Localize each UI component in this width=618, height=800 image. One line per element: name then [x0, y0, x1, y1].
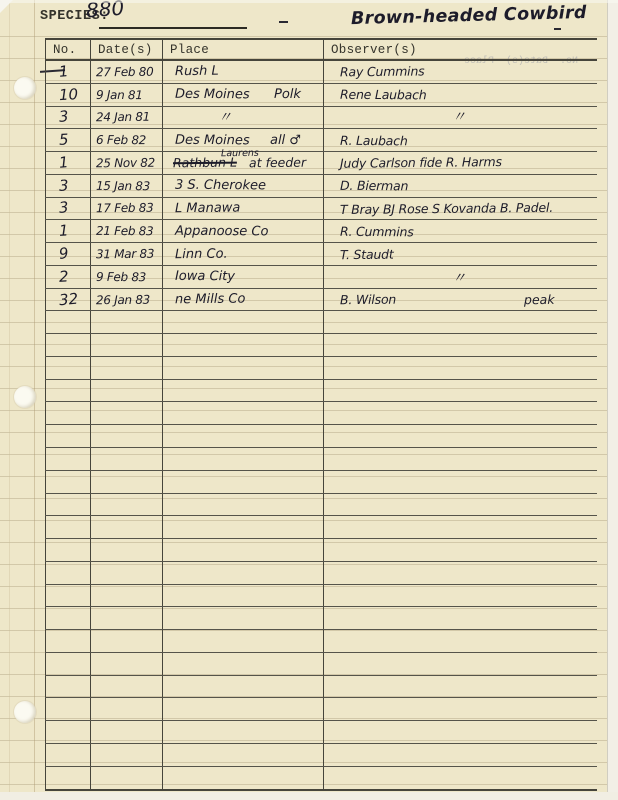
cell-place [162, 630, 323, 652]
observers-value: D. Bierman [324, 178, 408, 194]
cell-place [162, 607, 323, 629]
cell-no: 3 [45, 198, 90, 220]
cell-date: 9 Feb 83 [90, 266, 162, 288]
cell-date [90, 380, 162, 402]
cell-observers [323, 630, 597, 652]
table-row-empty [45, 311, 597, 334]
cell-place [162, 698, 323, 720]
punch-hole [14, 77, 36, 99]
cell-place: Iowa City [162, 266, 323, 288]
table-row: 109 Jan 81Des MoinesPolkRene Laubach [45, 84, 597, 107]
count-value: 2 [46, 267, 69, 286]
place-value: Appanoose Co [163, 223, 269, 239]
observers-value: R. Cummins [324, 223, 414, 239]
cell-no [45, 744, 90, 766]
cell-place: 3 S. Cherokee [162, 175, 323, 197]
cell-date: 25 Nov 82 [90, 152, 162, 174]
cell-observers [323, 585, 597, 607]
column-header-dates: Date(s) [90, 40, 162, 59]
count-value: 9 [45, 244, 69, 264]
cell-no [45, 311, 90, 333]
table-row-empty [45, 562, 597, 585]
cell-place [162, 402, 323, 424]
observers-value: 〃 [324, 107, 466, 128]
place-value: at feeder [237, 155, 306, 171]
cell-observers [323, 516, 597, 538]
cell-date: 9 Jan 81 [90, 84, 162, 106]
cell-date [90, 767, 162, 789]
cell-no [45, 402, 90, 424]
place-extra-value: Polk [274, 87, 301, 102]
cell-no [45, 516, 90, 538]
place-value: Rush L [163, 64, 219, 80]
table-row-empty [45, 402, 597, 425]
cell-place [162, 516, 323, 538]
cell-observers [323, 402, 597, 424]
cell-place [162, 744, 323, 766]
cell-observers [323, 494, 597, 516]
table-row: 324 Jan 81〃〃 [45, 107, 597, 130]
table-row: 125 Nov 82Rathbun LLaurensat feederJudy … [45, 152, 597, 175]
cell-no [45, 767, 90, 789]
observers-extra-value: peak [524, 292, 555, 307]
observers-value: Rene Laubach [324, 87, 427, 103]
cell-no: 1 [45, 220, 90, 242]
date-value: 15 Jan 83 [91, 178, 150, 192]
cell-observers [323, 334, 597, 356]
cell-observers: Rene Laubach [323, 84, 597, 106]
count-value: 1 [46, 222, 69, 241]
date-value: 21 Feb 83 [91, 224, 153, 238]
cell-no: 2 [45, 266, 90, 288]
cell-place: ne Mills Co [162, 289, 323, 311]
date-value: 9 Feb 83 [91, 270, 146, 284]
cell-date [90, 630, 162, 652]
cell-date: 27 Feb 80 [90, 61, 162, 83]
table-row-empty [45, 471, 597, 494]
cell-no [45, 630, 90, 652]
cell-date [90, 471, 162, 493]
table-row-empty [45, 698, 597, 721]
cell-place [162, 334, 323, 356]
cell-observers: Judy Carlson fide R. Harms [323, 152, 597, 174]
count-value: 3 [45, 199, 69, 219]
cell-no: 32 [45, 289, 90, 311]
table-row-empty [45, 653, 597, 676]
cell-no [45, 676, 90, 698]
cell-no: 1 [45, 61, 90, 83]
cell-place [162, 653, 323, 675]
paper-edge-crease [9, 0, 10, 800]
cell-place: Des MoinesPolk [162, 84, 323, 106]
count-value: 1 [45, 62, 69, 82]
table-header-row: No. Date(s) Place Observer(s) [45, 40, 597, 61]
column-header-observers: Observer(s) [323, 40, 597, 59]
date-value: 27 Feb 80 [91, 65, 154, 80]
cell-date [90, 744, 162, 766]
place-value: L Manawa [163, 201, 241, 217]
table-row-empty [45, 539, 597, 562]
cell-observers [323, 380, 597, 402]
table-row: 29 Feb 83Iowa City〃 [45, 266, 597, 289]
table-row-empty [45, 767, 597, 789]
cell-date [90, 425, 162, 447]
observers-value: T. Staudt [324, 246, 394, 262]
cell-observers [323, 767, 597, 789]
cell-date: 24 Jan 81 [90, 107, 162, 129]
date-value: 24 Jan 81 [91, 110, 150, 125]
cell-observers [323, 653, 597, 675]
cell-place: Rush L [162, 61, 323, 83]
cell-date: 6 Feb 82 [90, 129, 162, 151]
cell-observers: R. Cummins [323, 220, 597, 242]
scanned-record-sheet: SPECIES: 880 Brown-headed Cowbird No. Da… [0, 0, 618, 800]
cell-observers [323, 607, 597, 629]
cell-date: 21 Feb 83 [90, 220, 162, 242]
observers-value: B. Wilson [324, 292, 396, 308]
count-value: 3 [45, 107, 69, 127]
date-value: 25 Nov 82 [91, 156, 155, 171]
observers-value: Ray Cummins [324, 64, 425, 80]
cell-no [45, 653, 90, 675]
cell-date [90, 585, 162, 607]
scan-edge-right [607, 0, 618, 800]
table-row-empty [45, 630, 597, 653]
table-row: 317 Feb 83L ManawaT Bray BJ Rose S Kovan… [45, 198, 597, 221]
cell-no [45, 494, 90, 516]
scan-edge-bottom [0, 792, 618, 800]
count-value: 5 [46, 131, 69, 150]
cell-place [162, 585, 323, 607]
cell-observers: 〃 [323, 266, 597, 288]
cell-date [90, 448, 162, 470]
cell-place [162, 471, 323, 493]
cell-place [162, 767, 323, 789]
cell-no [45, 334, 90, 356]
cell-no [45, 721, 90, 743]
cell-no [45, 698, 90, 720]
cell-place [162, 562, 323, 584]
cell-date [90, 334, 162, 356]
cell-observers [323, 562, 597, 584]
cell-date [90, 698, 162, 720]
table-row: 121 Feb 83Appanoose CoR. Cummins [45, 220, 597, 243]
table-row-empty [45, 494, 597, 517]
cell-place: 〃 [162, 107, 323, 129]
observers-value: Judy Carlson fide R. Harms [324, 155, 502, 172]
table-row-empty [45, 607, 597, 630]
cell-no: 3 [45, 107, 90, 129]
cell-place [162, 448, 323, 470]
cell-date: 15 Jan 83 [90, 175, 162, 197]
observers-value: 〃 [324, 266, 466, 287]
date-value: 17 Feb 83 [91, 201, 154, 216]
table-row-empty [45, 676, 597, 699]
cell-observers: Ray Cummins [323, 61, 597, 83]
cell-observers [323, 539, 597, 561]
table-row-empty [45, 380, 597, 403]
cell-observers [323, 425, 597, 447]
table-row: 127 Feb 80Rush LRay Cummins [45, 61, 597, 84]
cell-observers [323, 721, 597, 743]
cell-place [162, 425, 323, 447]
column-header-place: Place [162, 40, 323, 59]
table-row-empty [45, 334, 597, 357]
cell-observers: B. Wilsonpeak [323, 289, 597, 311]
table-row-empty [45, 448, 597, 471]
place-value: 〃 [163, 107, 232, 128]
cell-no [45, 471, 90, 493]
table-row-empty [45, 425, 597, 448]
cell-observers [323, 676, 597, 698]
scan-edge-top [0, 0, 618, 3]
cell-observers [323, 311, 597, 333]
place-value: Des Moines [163, 132, 250, 148]
cell-observers: T Bray BJ Rose S Kovanda B. Padel. [323, 198, 597, 220]
place-value: Des Moines [163, 87, 250, 103]
place-value: ne Mills Co [163, 292, 246, 308]
cell-place [162, 357, 323, 379]
cell-date [90, 721, 162, 743]
cell-no: 10 [45, 84, 90, 106]
cell-date [90, 539, 162, 561]
cell-observers: D. Bierman [323, 175, 597, 197]
cell-date [90, 402, 162, 424]
column-header-no: No. [45, 40, 90, 59]
count-value: 10 [46, 85, 79, 105]
cell-place [162, 311, 323, 333]
species-name-handwritten: Brown-headed Cowbird [351, 3, 587, 29]
cell-no [45, 357, 90, 379]
cell-no [45, 562, 90, 584]
table-row-empty [45, 585, 597, 608]
stray-pen-mark [554, 28, 561, 30]
cell-observers [323, 744, 597, 766]
cell-place [162, 539, 323, 561]
observers-value: R. Laubach [324, 132, 408, 148]
punch-hole [14, 386, 36, 408]
cell-date [90, 562, 162, 584]
place-value: 3 S. Cherokee [163, 178, 266, 194]
count-value: 1 [45, 153, 69, 173]
cell-date: 26 Jan 83 [90, 289, 162, 311]
cell-place: Appanoose Co [162, 220, 323, 242]
cell-place: L Manawa [162, 198, 323, 220]
cell-observers [323, 471, 597, 493]
cell-place [162, 380, 323, 402]
table-row-empty [45, 357, 597, 380]
date-value: 31 Mar 83 [91, 247, 154, 262]
date-value: 9 Jan 81 [91, 87, 143, 101]
cell-observers [323, 698, 597, 720]
cell-place: Linn Co. [162, 243, 323, 265]
table-row: 931 Mar 83Linn Co.T. Staudt [45, 243, 597, 266]
species-underline [99, 27, 247, 29]
cell-date [90, 676, 162, 698]
count-value: 3 [46, 176, 69, 195]
cell-no: 1 [45, 152, 90, 174]
cell-no: 3 [45, 175, 90, 197]
cell-no [45, 539, 90, 561]
cell-no [45, 607, 90, 629]
count-value: 32 [45, 289, 79, 310]
table-row-empty [45, 516, 597, 539]
cell-place: Rathbun LLaurensat feeder [162, 152, 323, 174]
cell-date [90, 311, 162, 333]
cell-date [90, 516, 162, 538]
cell-observers: T. Staudt [323, 243, 597, 265]
table-row: 3226 Jan 83ne Mills CoB. Wilsonpeak [45, 289, 597, 312]
cell-observers: R. Laubach [323, 129, 597, 151]
cell-date [90, 653, 162, 675]
cell-no [45, 425, 90, 447]
cell-place [162, 721, 323, 743]
date-value: 6 Feb 82 [91, 133, 146, 147]
cell-observers: 〃 [323, 107, 597, 129]
place-value: Linn Co. [163, 246, 228, 262]
cell-place [162, 494, 323, 516]
cell-date [90, 494, 162, 516]
cell-date: 17 Feb 83 [90, 198, 162, 220]
cell-place [162, 676, 323, 698]
cell-date: 31 Mar 83 [90, 243, 162, 265]
cell-observers [323, 448, 597, 470]
page-corner-notch [0, 0, 13, 13]
records-table: No. Date(s) Place Observer(s) 127 Feb 80… [45, 38, 597, 791]
observers-value: T Bray BJ Rose S Kovanda B. Padel. [324, 200, 553, 217]
place-extra-value: all ♂ [270, 133, 301, 148]
cell-no: 9 [45, 243, 90, 265]
table-row-empty [45, 744, 597, 767]
cell-no [45, 448, 90, 470]
date-value: 26 Jan 83 [91, 292, 150, 307]
cell-observers [323, 357, 597, 379]
cell-date [90, 607, 162, 629]
cell-no [45, 585, 90, 607]
table-body: 127 Feb 80Rush LRay Cummins109 Jan 81Des… [45, 61, 597, 789]
table-row: 56 Feb 82Des Moinesall ♂R. Laubach [45, 129, 597, 152]
stray-pen-mark [279, 21, 288, 23]
table-row: 315 Jan 833 S. CherokeeD. Bierman [45, 175, 597, 198]
place-value: Iowa City [163, 269, 235, 285]
cell-date [90, 357, 162, 379]
punch-hole [14, 701, 36, 723]
cell-no: 5 [45, 129, 90, 151]
species-number-handwritten: 880 [85, 0, 125, 22]
table-row-empty [45, 721, 597, 744]
cell-no [45, 380, 90, 402]
